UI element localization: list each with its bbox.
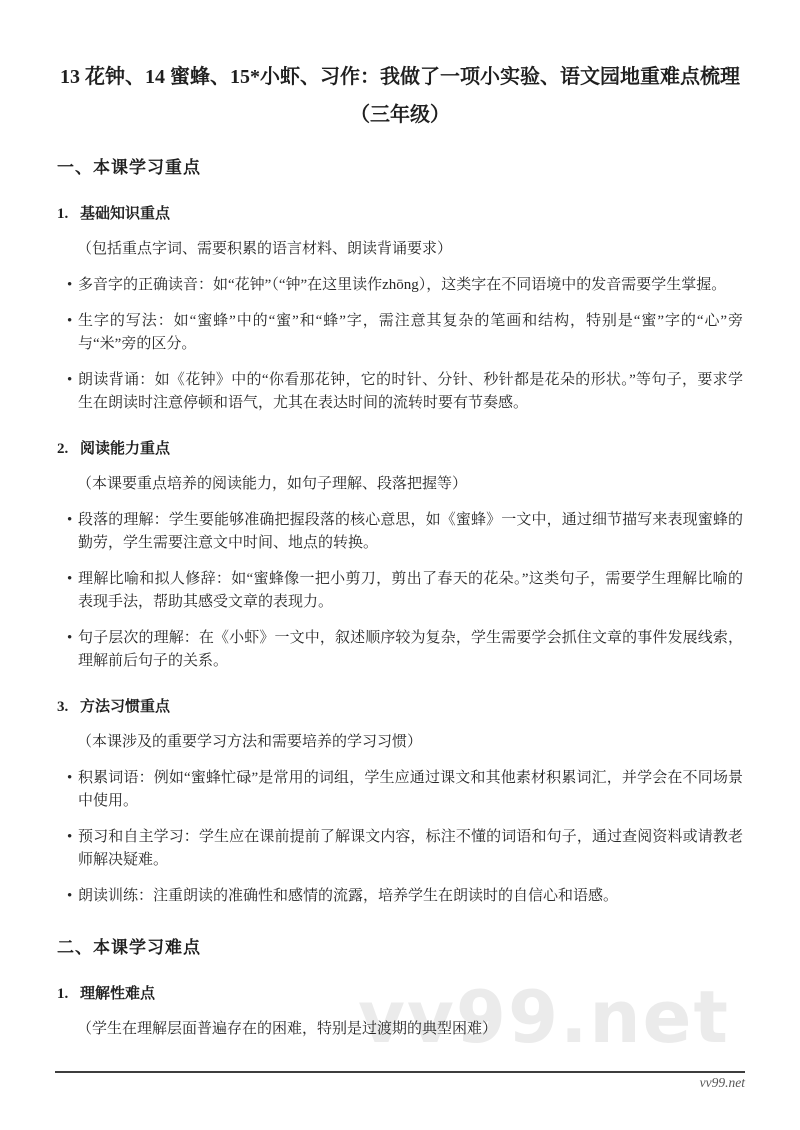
bullet-item: 积累词语：例如“蜜蜂忙碌”是常用的词组，学生应通过课文和其他素材积累词汇，并学会… <box>57 767 743 813</box>
subsection-number: 1. <box>57 204 80 225</box>
subsection-title: 方法习惯重点 <box>80 697 170 718</box>
bullet-item: 预习和自主学习：学生应在课前提前了解课文内容，标注不懂的词语和句子，通过查阅资料… <box>57 826 743 872</box>
bullet-item: 理解比喻和拟人修辞：如“蜜蜂像一把小剪刀，剪出了春天的花朵。”这类句子，需要学生… <box>57 568 743 614</box>
subsection-note: （学生在理解层面普遍存在的困难，特别是过渡期的典型困难） <box>57 1018 743 1041</box>
subsection-method-habits: 3. 方法习惯重点 （本课涉及的重要学习方法和需要培养的学习习惯） 积累词语：例… <box>57 697 743 908</box>
subsection-note: （本课要重点培养的阅读能力，如句子理解、段落把握等） <box>57 473 743 496</box>
section-heading-difficulties: 二、本课学习难点 <box>57 936 743 960</box>
subsection-note: （本课涉及的重要学习方法和需要培养的学习习惯） <box>57 731 743 754</box>
bullet-item: 朗读训练：注重朗读的准确性和感情的流露，培养学生在朗读时的自信心和语感。 <box>57 885 743 908</box>
bullet-item: 段落的理解：学生要能够准确把握段落的核心意思，如《蜜蜂》一文中，通过细节描写来表… <box>57 509 743 555</box>
subsection-heading: 2. 阅读能力重点 <box>57 439 743 460</box>
bullet-item: 句子层次的理解：在《小虾》一文中，叙述顺序较为复杂，学生需要学会抓住文章的事件发… <box>57 627 743 673</box>
document-page: vv99.net 13 花钟、14 蜜蜂、15*小虾、习作：我做了一项小实验、语… <box>0 0 800 1130</box>
subsection-number: 3. <box>57 697 80 718</box>
bullet-item: 生字的写法：如“蜜蜂”中的“蜜”和“蜂”字，需注意其复杂的笔画和结构，特别是“蜜… <box>57 310 743 356</box>
footer-site-text: vv99.net <box>700 1075 745 1090</box>
subsection-heading: 1. 基础知识重点 <box>57 204 743 225</box>
subsection-heading: 3. 方法习惯重点 <box>57 697 743 718</box>
document-title: 13 花钟、14 蜜蜂、15*小虾、习作：我做了一项小实验、语文园地重难点梳理（… <box>57 58 743 134</box>
bullet-item: 多音字的正确读音：如“花钟”（“钟”在这里读作zhōng），这类字在不同语境中的… <box>57 274 743 297</box>
subsection-comprehension-difficulty: 1. 理解性难点 （学生在理解层面普遍存在的困难，特别是过渡期的典型困难） <box>57 984 743 1041</box>
subsection-heading: 1. 理解性难点 <box>57 984 743 1005</box>
subsection-reading-ability: 2. 阅读能力重点 （本课要重点培养的阅读能力，如句子理解、段落把握等） 段落的… <box>57 439 743 673</box>
subsection-title: 理解性难点 <box>80 984 155 1005</box>
subsection-number: 1. <box>57 984 80 1005</box>
page-footer: vv99.net <box>55 1071 745 1091</box>
document-content: 13 花钟、14 蜜蜂、15*小虾、习作：我做了一项小实验、语文园地重难点梳理（… <box>0 0 800 1041</box>
subsection-number: 2. <box>57 439 80 460</box>
subsection-note: （包括重点字词、需要积累的语言材料、朗读背诵要求） <box>57 238 743 261</box>
section-heading-key-points: 一、本课学习重点 <box>57 156 743 180</box>
subsection-title: 阅读能力重点 <box>80 439 170 460</box>
bullet-item: 朗读背诵：如《花钟》中的“你看那花钟，它的时针、分针、秒针都是花朵的形状。”等句… <box>57 369 743 415</box>
subsection-basic-knowledge: 1. 基础知识重点 （包括重点字词、需要积累的语言材料、朗读背诵要求） 多音字的… <box>57 204 743 415</box>
subsection-title: 基础知识重点 <box>80 204 170 225</box>
